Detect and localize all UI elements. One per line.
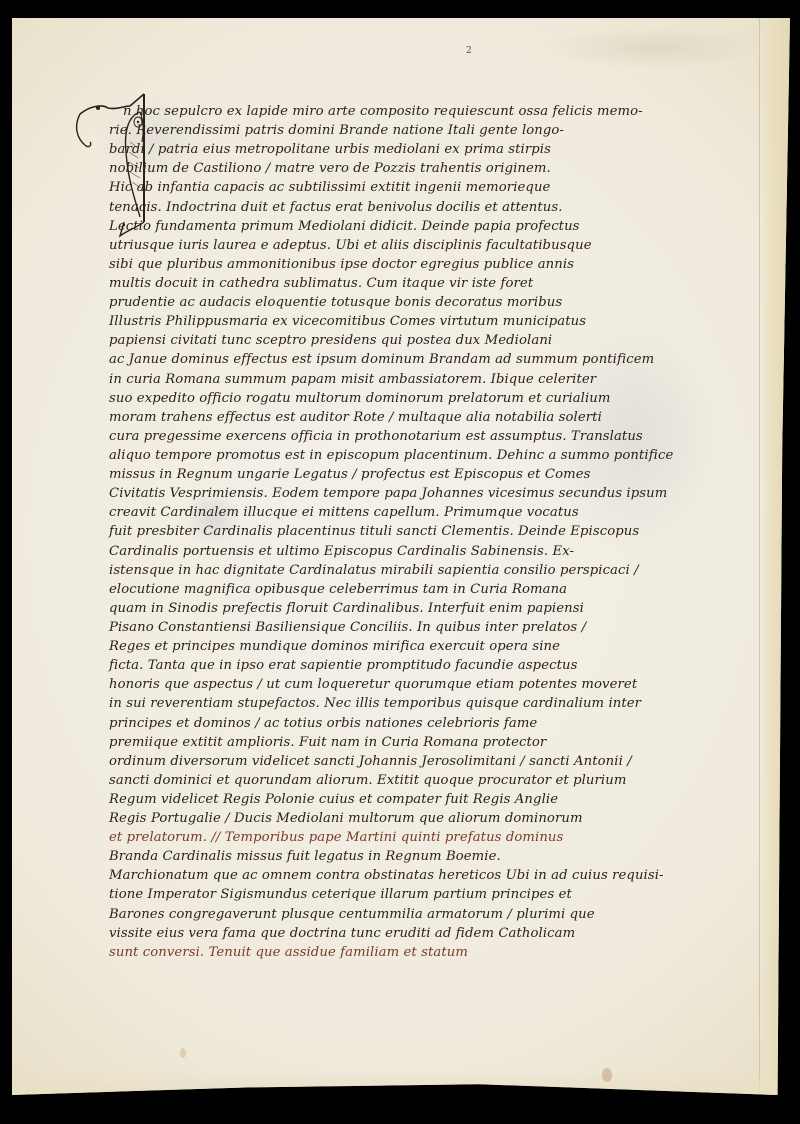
manuscript-line: ordinum diversorum videlicet sancti Joha… xyxy=(109,752,649,771)
manuscript-line: nobilium de Castiliono / matre vero de P… xyxy=(109,159,649,178)
manuscript-line: aliquo tempore promotus est in episcopum… xyxy=(109,446,649,465)
manuscript-line: tenacis. Indoctrina duit et factus erat … xyxy=(109,198,649,217)
manuscript-line: tione Imperator Sigismundus ceterique il… xyxy=(109,885,649,904)
manuscript-line: Hic ab infantia capacis ac subtilissimi … xyxy=(109,178,649,197)
manuscript-line: Civitatis Vesprimiensis. Eodem tempore p… xyxy=(109,484,649,503)
stain-spot xyxy=(602,1068,612,1082)
manuscript-line: sibi que pluribus ammonitionibus ipse do… xyxy=(109,255,649,274)
manuscript-line: Lectio fundamenta primum Mediolani didic… xyxy=(109,217,649,236)
manuscript-line: istensque in hac dignitate Cardinalatus … xyxy=(109,561,649,580)
manuscript-line: premiique extitit amplioris. Fuit nam in… xyxy=(109,733,649,752)
manuscript-line: Cardinalis portuensis et ultimo Episcopu… xyxy=(109,542,649,561)
manuscript-line: Marchionatum que ac omnem contra obstina… xyxy=(109,866,649,885)
manuscript-line: creavit Cardinalem illucque ei mittens c… xyxy=(109,503,649,522)
manuscript-line: Reges et principes mundique dominos miri… xyxy=(109,637,649,656)
page-edge-right xyxy=(759,18,790,1095)
manuscript-line: in curia Romana summum papam misit ambas… xyxy=(109,370,649,389)
manuscript-line: Regum videlicet Regis Polonie cuius et c… xyxy=(109,790,649,809)
manuscript-line: sancti dominici et quorundam aliorum. Ex… xyxy=(109,771,649,790)
manuscript-line: missus in Regnum ungarie Legatus / profe… xyxy=(109,465,649,484)
page-edge-bottom xyxy=(12,1071,790,1095)
manuscript-text: n hoc sepulcro ex lapide miro arte compo… xyxy=(109,102,649,962)
manuscript-line: sunt conversi. Tenuit que assidue famili… xyxy=(109,943,649,962)
manuscript-line: fuit presbiter Cardinalis placentinus ti… xyxy=(109,522,649,541)
manuscript-line: moram trahens effectus est auditor Rote … xyxy=(109,408,649,427)
manuscript-line: honoris que aspectus / ut cum loqueretur… xyxy=(109,675,649,694)
manuscript-line: multis docuit in cathedra sublimatus. Cu… xyxy=(109,274,649,293)
manuscript-line: prudentie ac audacis eloquentie totusque… xyxy=(109,293,649,312)
folio-mark: 2 xyxy=(466,46,472,56)
manuscript-line: ficta. Tanta que in ipso erat sapientie … xyxy=(109,656,649,675)
manuscript-line: Barones congregaverunt plusque centummil… xyxy=(109,905,649,924)
manuscript-line: in sui reverentiam stupefactos. Nec illi… xyxy=(109,694,649,713)
manuscript-line: ac Janue dominus effectus est ipsum domi… xyxy=(109,350,649,369)
manuscript-line: utriusque iuris laurea e adeptus. Ubi et… xyxy=(109,236,649,255)
stain-spot xyxy=(180,1048,186,1058)
manuscript-line: Regis Portugalie / Ducis Mediolani multo… xyxy=(109,809,649,828)
manuscript-line: et prelatorum. // Temporibus pape Martin… xyxy=(109,828,649,847)
manuscript-line: papiensi civitati tunc sceptro presidens… xyxy=(109,331,649,350)
manuscript-line: suo expedito officio rogatu multorum dom… xyxy=(109,389,649,408)
manuscript-line: quam in Sinodis prefectis floruit Cardin… xyxy=(109,599,649,618)
manuscript-line: Illustris Philippusmaria ex vicecomitibu… xyxy=(109,312,649,331)
manuscript-line: elocutione magnifica opibusque celeberri… xyxy=(109,580,649,599)
manuscript-line: cura pregessime exercens officia in prot… xyxy=(109,427,649,446)
manuscript-line: Pisano Constantiensi Basiliensique Conci… xyxy=(109,618,649,637)
manuscript-line: bardi / patria eius metropolitane urbis … xyxy=(109,140,649,159)
manuscript-line: Branda Cardinalis missus fuit legatus in… xyxy=(109,847,649,866)
manuscript-line: n hoc sepulcro ex lapide miro arte compo… xyxy=(109,102,649,121)
manuscript-line: rie. Reverendissimi patris domini Brande… xyxy=(109,121,649,140)
manuscript-line: vissite eius vera fama que doctrina tunc… xyxy=(109,924,649,943)
manuscript-line: principes et dominos / ac totius orbis n… xyxy=(109,714,649,733)
